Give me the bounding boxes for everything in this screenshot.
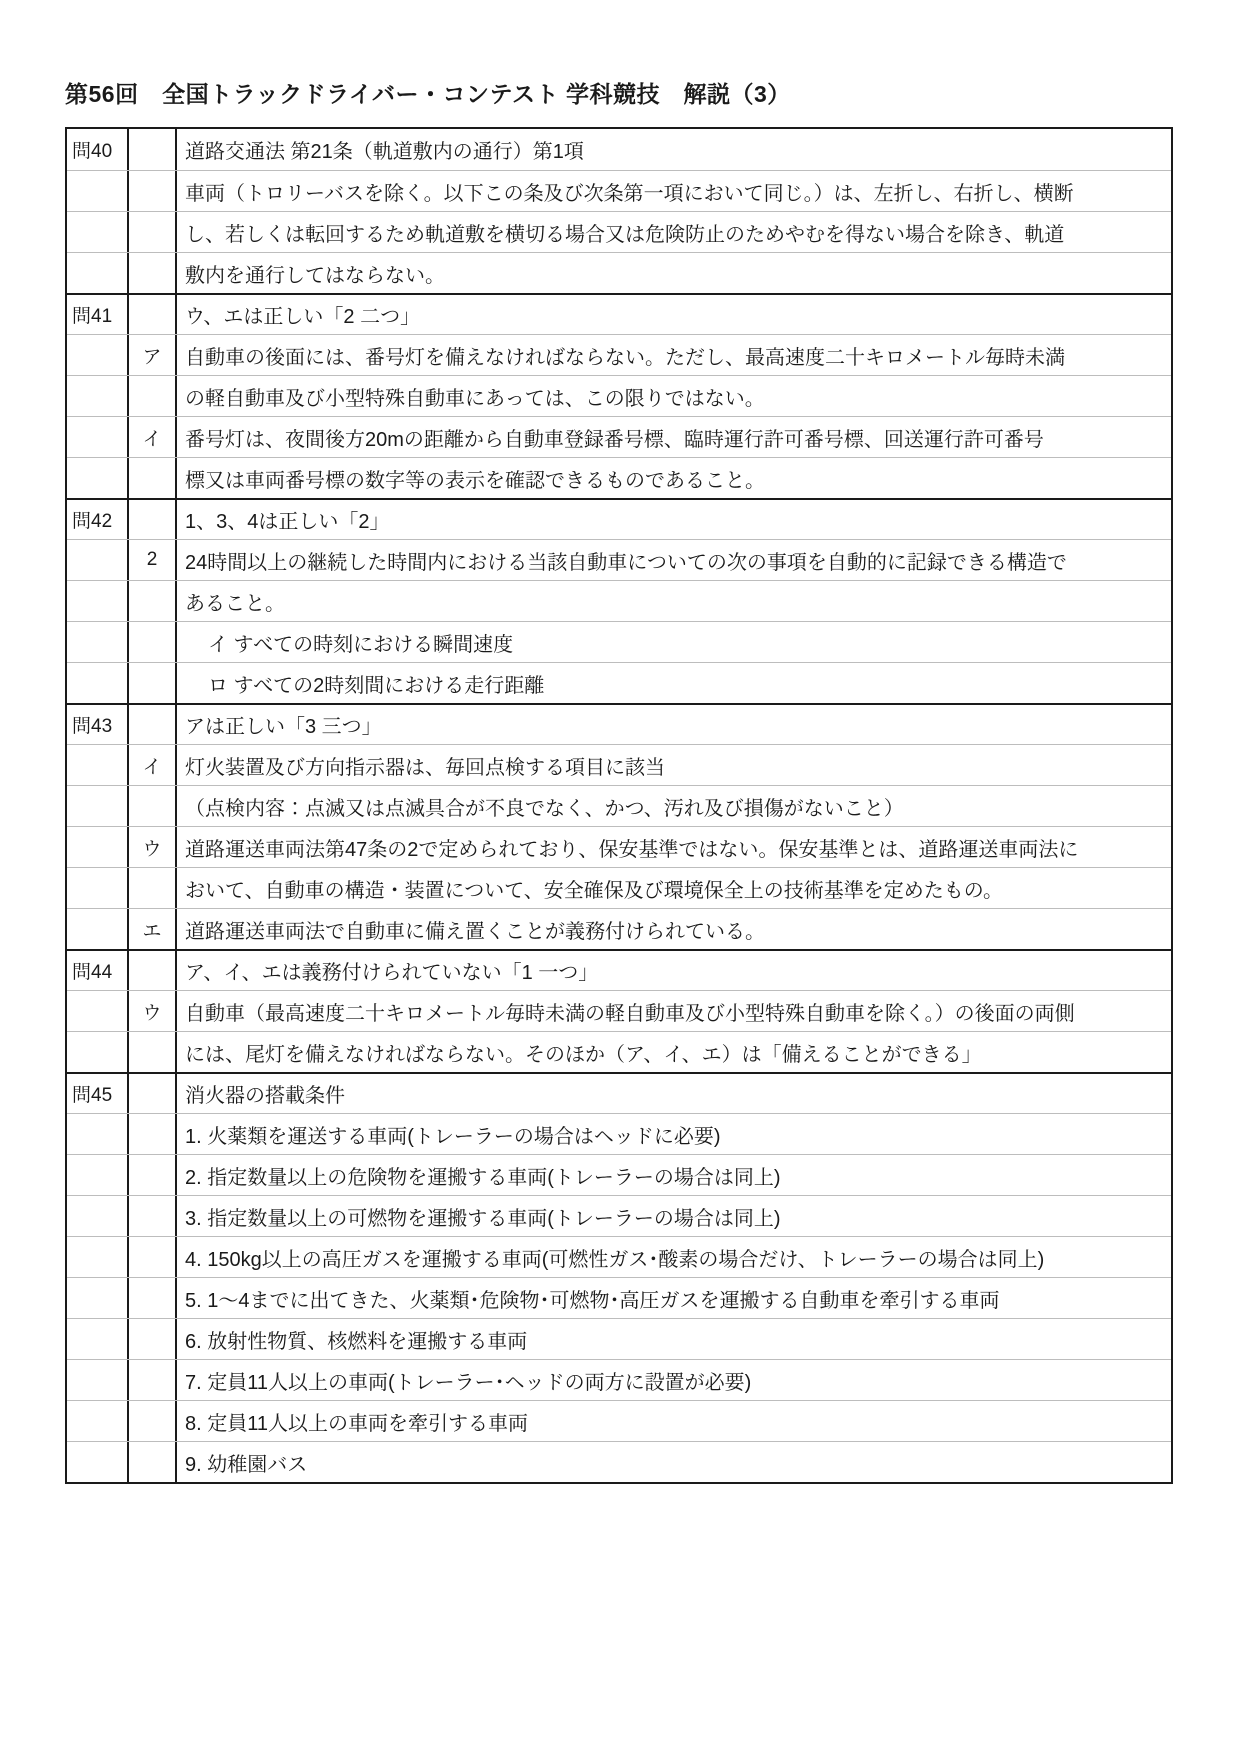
sub-label-cell xyxy=(129,1442,177,1482)
question-number-cell xyxy=(67,335,129,375)
sub-label-cell xyxy=(129,951,177,990)
sub-label-cell: イ xyxy=(129,417,177,457)
sub-label-cell xyxy=(129,1155,177,1195)
sub-label-cell xyxy=(129,1401,177,1441)
table-row: 標又は車両番号標の数字等の表示を確認できるものであること。 xyxy=(67,457,1171,498)
explanation-text-cell: 2. 指定数量以上の危険物を運搬する車両(トレーラーの場合は同上) xyxy=(177,1155,1171,1195)
question-number-cell xyxy=(67,253,129,293)
explanation-text-cell: 9. 幼稚園バス xyxy=(177,1442,1171,1482)
explanation-text-cell: おいて、自動車の構造・装置について、安全確保及び環境保全上の技術基準を定めたもの… xyxy=(177,868,1171,908)
sub-label-cell xyxy=(129,1319,177,1359)
question-number-cell: 問45 xyxy=(67,1074,129,1113)
sub-label-cell xyxy=(129,663,177,703)
question-number-cell xyxy=(67,581,129,621)
question-number-cell xyxy=(67,417,129,457)
table-row: 3. 指定数量以上の可燃物を運搬する車両(トレーラーの場合は同上) xyxy=(67,1195,1171,1236)
question-number-cell xyxy=(67,458,129,498)
question-number-cell xyxy=(67,991,129,1031)
table-row: し、若しくは転回するため軌道敷を横切る場合又は危険防止のためやむを得ない場合を除… xyxy=(67,211,1171,252)
table-row: 問44ア、イ、エは義務付けられていない「1 一つ」 xyxy=(67,949,1171,990)
sub-label-cell xyxy=(129,212,177,252)
sub-label-cell xyxy=(129,868,177,908)
table-row: 1. 火薬類を運送する車両(トレーラーの場合はヘッドに必要) xyxy=(67,1113,1171,1154)
question-number-cell: 問42 xyxy=(67,500,129,539)
explanation-text-cell: 自動車（最高速度二十キロメートル毎時未満の軽自動車及び小型特殊自動車を除く。）の… xyxy=(177,991,1171,1031)
explanation-text-cell: ア、イ、エは義務付けられていない「1 一つ」 xyxy=(177,951,1171,990)
table-row: ロ すべての2時刻間における走行距離 xyxy=(67,662,1171,703)
question-number-cell: 問44 xyxy=(67,951,129,990)
sub-label-cell xyxy=(129,622,177,662)
sub-label-cell xyxy=(129,581,177,621)
sub-label-cell xyxy=(129,129,177,170)
sub-label-cell xyxy=(129,376,177,416)
table-row: イ番号灯は、夜間後方20mの距離から自動車登録番号標、臨時運行許可番号標、回送運… xyxy=(67,416,1171,457)
table-row: 7. 定員11人以上の車両(トレーラー･ヘッドの両方に設置が必要) xyxy=(67,1359,1171,1400)
sub-label-cell xyxy=(129,1074,177,1113)
question-number-cell xyxy=(67,1319,129,1359)
explanation-text-cell: ウ、エは正しい「2 二つ」 xyxy=(177,295,1171,334)
question-number-cell xyxy=(67,1237,129,1277)
explanation-text-cell: イ すべての時刻における瞬間速度 xyxy=(177,622,1171,662)
explanation-text-cell: 4. 150kg以上の高圧ガスを運搬する車両(可燃性ガス･酸素の場合だけ、トレー… xyxy=(177,1237,1171,1277)
sub-label-cell: ウ xyxy=(129,991,177,1031)
explanation-text-cell: 敷内を通行してはならない。 xyxy=(177,253,1171,293)
sub-label-cell xyxy=(129,1278,177,1318)
explanation-text-cell: 6. 放射性物質、核燃料を運搬する車両 xyxy=(177,1319,1171,1359)
question-number-cell xyxy=(67,1155,129,1195)
question-number-cell xyxy=(67,745,129,785)
explanation-text-cell: 1. 火薬類を運送する車両(トレーラーの場合はヘッドに必要) xyxy=(177,1114,1171,1154)
explanation-text-cell: 3. 指定数量以上の可燃物を運搬する車両(トレーラーの場合は同上) xyxy=(177,1196,1171,1236)
question-number-cell xyxy=(67,212,129,252)
explanation-text-cell: 番号灯は、夜間後方20mの距離から自動車登録番号標、臨時運行許可番号標、回送運行… xyxy=(177,417,1171,457)
question-number-cell xyxy=(67,1442,129,1482)
explanation-text-cell: 5. 1～4までに出てきた、火薬類･危険物･可燃物･高圧ガスを運搬する自動車を牽… xyxy=(177,1278,1171,1318)
table-row: ウ道路運送車両法第47条の2で定められており、保安基準ではない。保安基準とは、道… xyxy=(67,826,1171,867)
question-number-cell xyxy=(67,622,129,662)
table-row: 問40道路交通法 第21条（軌道敷内の通行）第1項 xyxy=(67,129,1171,170)
question-number-cell xyxy=(67,1114,129,1154)
table-row: には、尾灯を備えなければならない。そのほか（ア、イ、エ）は「備えることができる」 xyxy=(67,1031,1171,1072)
question-number-cell xyxy=(67,1360,129,1400)
sub-label-cell xyxy=(129,705,177,744)
table-row: の軽自動車及び小型特殊自動車にあっては、この限りではない。 xyxy=(67,375,1171,416)
question-number-cell xyxy=(67,786,129,826)
explanation-text-cell: 灯火装置及び方向指示器は、毎回点検する項目に該当 xyxy=(177,745,1171,785)
table-row: おいて、自動車の構造・装置について、安全確保及び環境保全上の技術基準を定めたもの… xyxy=(67,867,1171,908)
explanation-text-cell: アは正しい「3 三つ」 xyxy=(177,705,1171,744)
sub-label-cell xyxy=(129,253,177,293)
table-row: 問421、3、4は正しい「2」 xyxy=(67,498,1171,539)
explanation-text-cell: 標又は車両番号標の数字等の表示を確認できるものであること。 xyxy=(177,458,1171,498)
explanation-text-cell: 道路交通法 第21条（軌道敷内の通行）第1項 xyxy=(177,129,1171,170)
sub-label-cell: ア xyxy=(129,335,177,375)
question-number-cell: 問43 xyxy=(67,705,129,744)
question-number-cell xyxy=(67,1278,129,1318)
sub-label-cell xyxy=(129,171,177,211)
explanation-text-cell: 道路運送車両法で自動車に備え置くことが義務付けられている。 xyxy=(177,909,1171,949)
explanation-text-cell: （点検内容：点滅又は点滅具合が不良でなく、かつ、汚れ及び損傷がないこと） xyxy=(177,786,1171,826)
explanation-text-cell: 7. 定員11人以上の車両(トレーラー･ヘッドの両方に設置が必要) xyxy=(177,1360,1171,1400)
explanation-text-cell: し、若しくは転回するため軌道敷を横切る場合又は危険防止のためやむを得ない場合を除… xyxy=(177,212,1171,252)
question-number-cell xyxy=(67,868,129,908)
explanation-text-cell: 道路運送車両法第47条の2で定められており、保安基準ではない。保安基準とは、道路… xyxy=(177,827,1171,867)
explanation-text-cell: には、尾灯を備えなければならない。そのほか（ア、イ、エ）は「備えることができる」 xyxy=(177,1032,1171,1072)
question-number-cell xyxy=(67,909,129,949)
sub-label-cell xyxy=(129,1360,177,1400)
question-number-cell xyxy=(67,376,129,416)
explanation-text-cell: 24時間以上の継続した時間内における当該自動車についての次の事項を自動的に記録で… xyxy=(177,540,1171,580)
explanation-text-cell: あること。 xyxy=(177,581,1171,621)
table-row: （点検内容：点滅又は点滅具合が不良でなく、かつ、汚れ及び損傷がないこと） xyxy=(67,785,1171,826)
table-row: 6. 放射性物質、核燃料を運搬する車両 xyxy=(67,1318,1171,1359)
table-row: 224時間以上の継続した時間内における当該自動車についての次の事項を自動的に記録… xyxy=(67,539,1171,580)
table-row: 車両（トロリーバスを除く。以下この条及び次条第一項において同じ。）は、左折し、右… xyxy=(67,170,1171,211)
table-row: あること。 xyxy=(67,580,1171,621)
question-number-cell xyxy=(67,663,129,703)
explanation-text-cell: ロ すべての2時刻間における走行距離 xyxy=(177,663,1171,703)
table-row: 4. 150kg以上の高圧ガスを運搬する車両(可燃性ガス･酸素の場合だけ、トレー… xyxy=(67,1236,1171,1277)
sub-label-cell: エ xyxy=(129,909,177,949)
sub-label-cell: イ xyxy=(129,745,177,785)
sub-label-cell xyxy=(129,295,177,334)
table-row: 問41ウ、エは正しい「2 二つ」 xyxy=(67,293,1171,334)
table-row: ウ自動車（最高速度二十キロメートル毎時未満の軽自動車及び小型特殊自動車を除く。）… xyxy=(67,990,1171,1031)
sub-label-cell xyxy=(129,500,177,539)
sub-label-cell: 2 xyxy=(129,540,177,580)
explanation-text-cell: 自動車の後面には、番号灯を備えなければならない。ただし、最高速度二十キロメートル… xyxy=(177,335,1171,375)
table-row: イ すべての時刻における瞬間速度 xyxy=(67,621,1171,662)
question-number-cell: 問40 xyxy=(67,129,129,170)
sub-label-cell xyxy=(129,786,177,826)
question-number-cell xyxy=(67,171,129,211)
table-row: 9. 幼稚園バス xyxy=(67,1441,1171,1482)
answer-explanation-table: 問40道路交通法 第21条（軌道敷内の通行）第1項車両（トロリーバスを除く。以下… xyxy=(65,127,1173,1484)
table-row: ア自動車の後面には、番号灯を備えなければならない。ただし、最高速度二十キロメート… xyxy=(67,334,1171,375)
question-number-cell xyxy=(67,1196,129,1236)
question-number-cell: 問41 xyxy=(67,295,129,334)
explanation-text-cell: 1、3、4は正しい「2」 xyxy=(177,500,1171,539)
question-number-cell xyxy=(67,1401,129,1441)
table-row: 2. 指定数量以上の危険物を運搬する車両(トレーラーの場合は同上) xyxy=(67,1154,1171,1195)
document-page: 第56回 全国トラックドライバー・コンテスト 学科競技 解説（3） 問40道路交… xyxy=(0,0,1241,1755)
page-title: 第56回 全国トラックドライバー・コンテスト 学科競技 解説（3） xyxy=(65,76,791,109)
question-number-cell xyxy=(67,827,129,867)
explanation-text-cell: 車両（トロリーバスを除く。以下この条及び次条第一項において同じ。）は、左折し、右… xyxy=(177,171,1171,211)
explanation-text-cell: の軽自動車及び小型特殊自動車にあっては、この限りではない。 xyxy=(177,376,1171,416)
sub-label-cell xyxy=(129,1032,177,1072)
table-row: イ灯火装置及び方向指示器は、毎回点検する項目に該当 xyxy=(67,744,1171,785)
explanation-text-cell: 8. 定員11人以上の車両を牽引する車両 xyxy=(177,1401,1171,1441)
table-row: 5. 1～4までに出てきた、火薬類･危険物･可燃物･高圧ガスを運搬する自動車を牽… xyxy=(67,1277,1171,1318)
explanation-text-cell: 消火器の搭載条件 xyxy=(177,1074,1171,1113)
sub-label-cell xyxy=(129,458,177,498)
table-row: エ道路運送車両法で自動車に備え置くことが義務付けられている。 xyxy=(67,908,1171,949)
table-row: 問45消火器の搭載条件 xyxy=(67,1072,1171,1113)
table-row: 8. 定員11人以上の車両を牽引する車両 xyxy=(67,1400,1171,1441)
table-row: 問43アは正しい「3 三つ」 xyxy=(67,703,1171,744)
sub-label-cell xyxy=(129,1196,177,1236)
sub-label-cell xyxy=(129,1114,177,1154)
question-number-cell xyxy=(67,1032,129,1072)
question-number-cell xyxy=(67,540,129,580)
sub-label-cell: ウ xyxy=(129,827,177,867)
table-row: 敷内を通行してはならない。 xyxy=(67,252,1171,293)
sub-label-cell xyxy=(129,1237,177,1277)
